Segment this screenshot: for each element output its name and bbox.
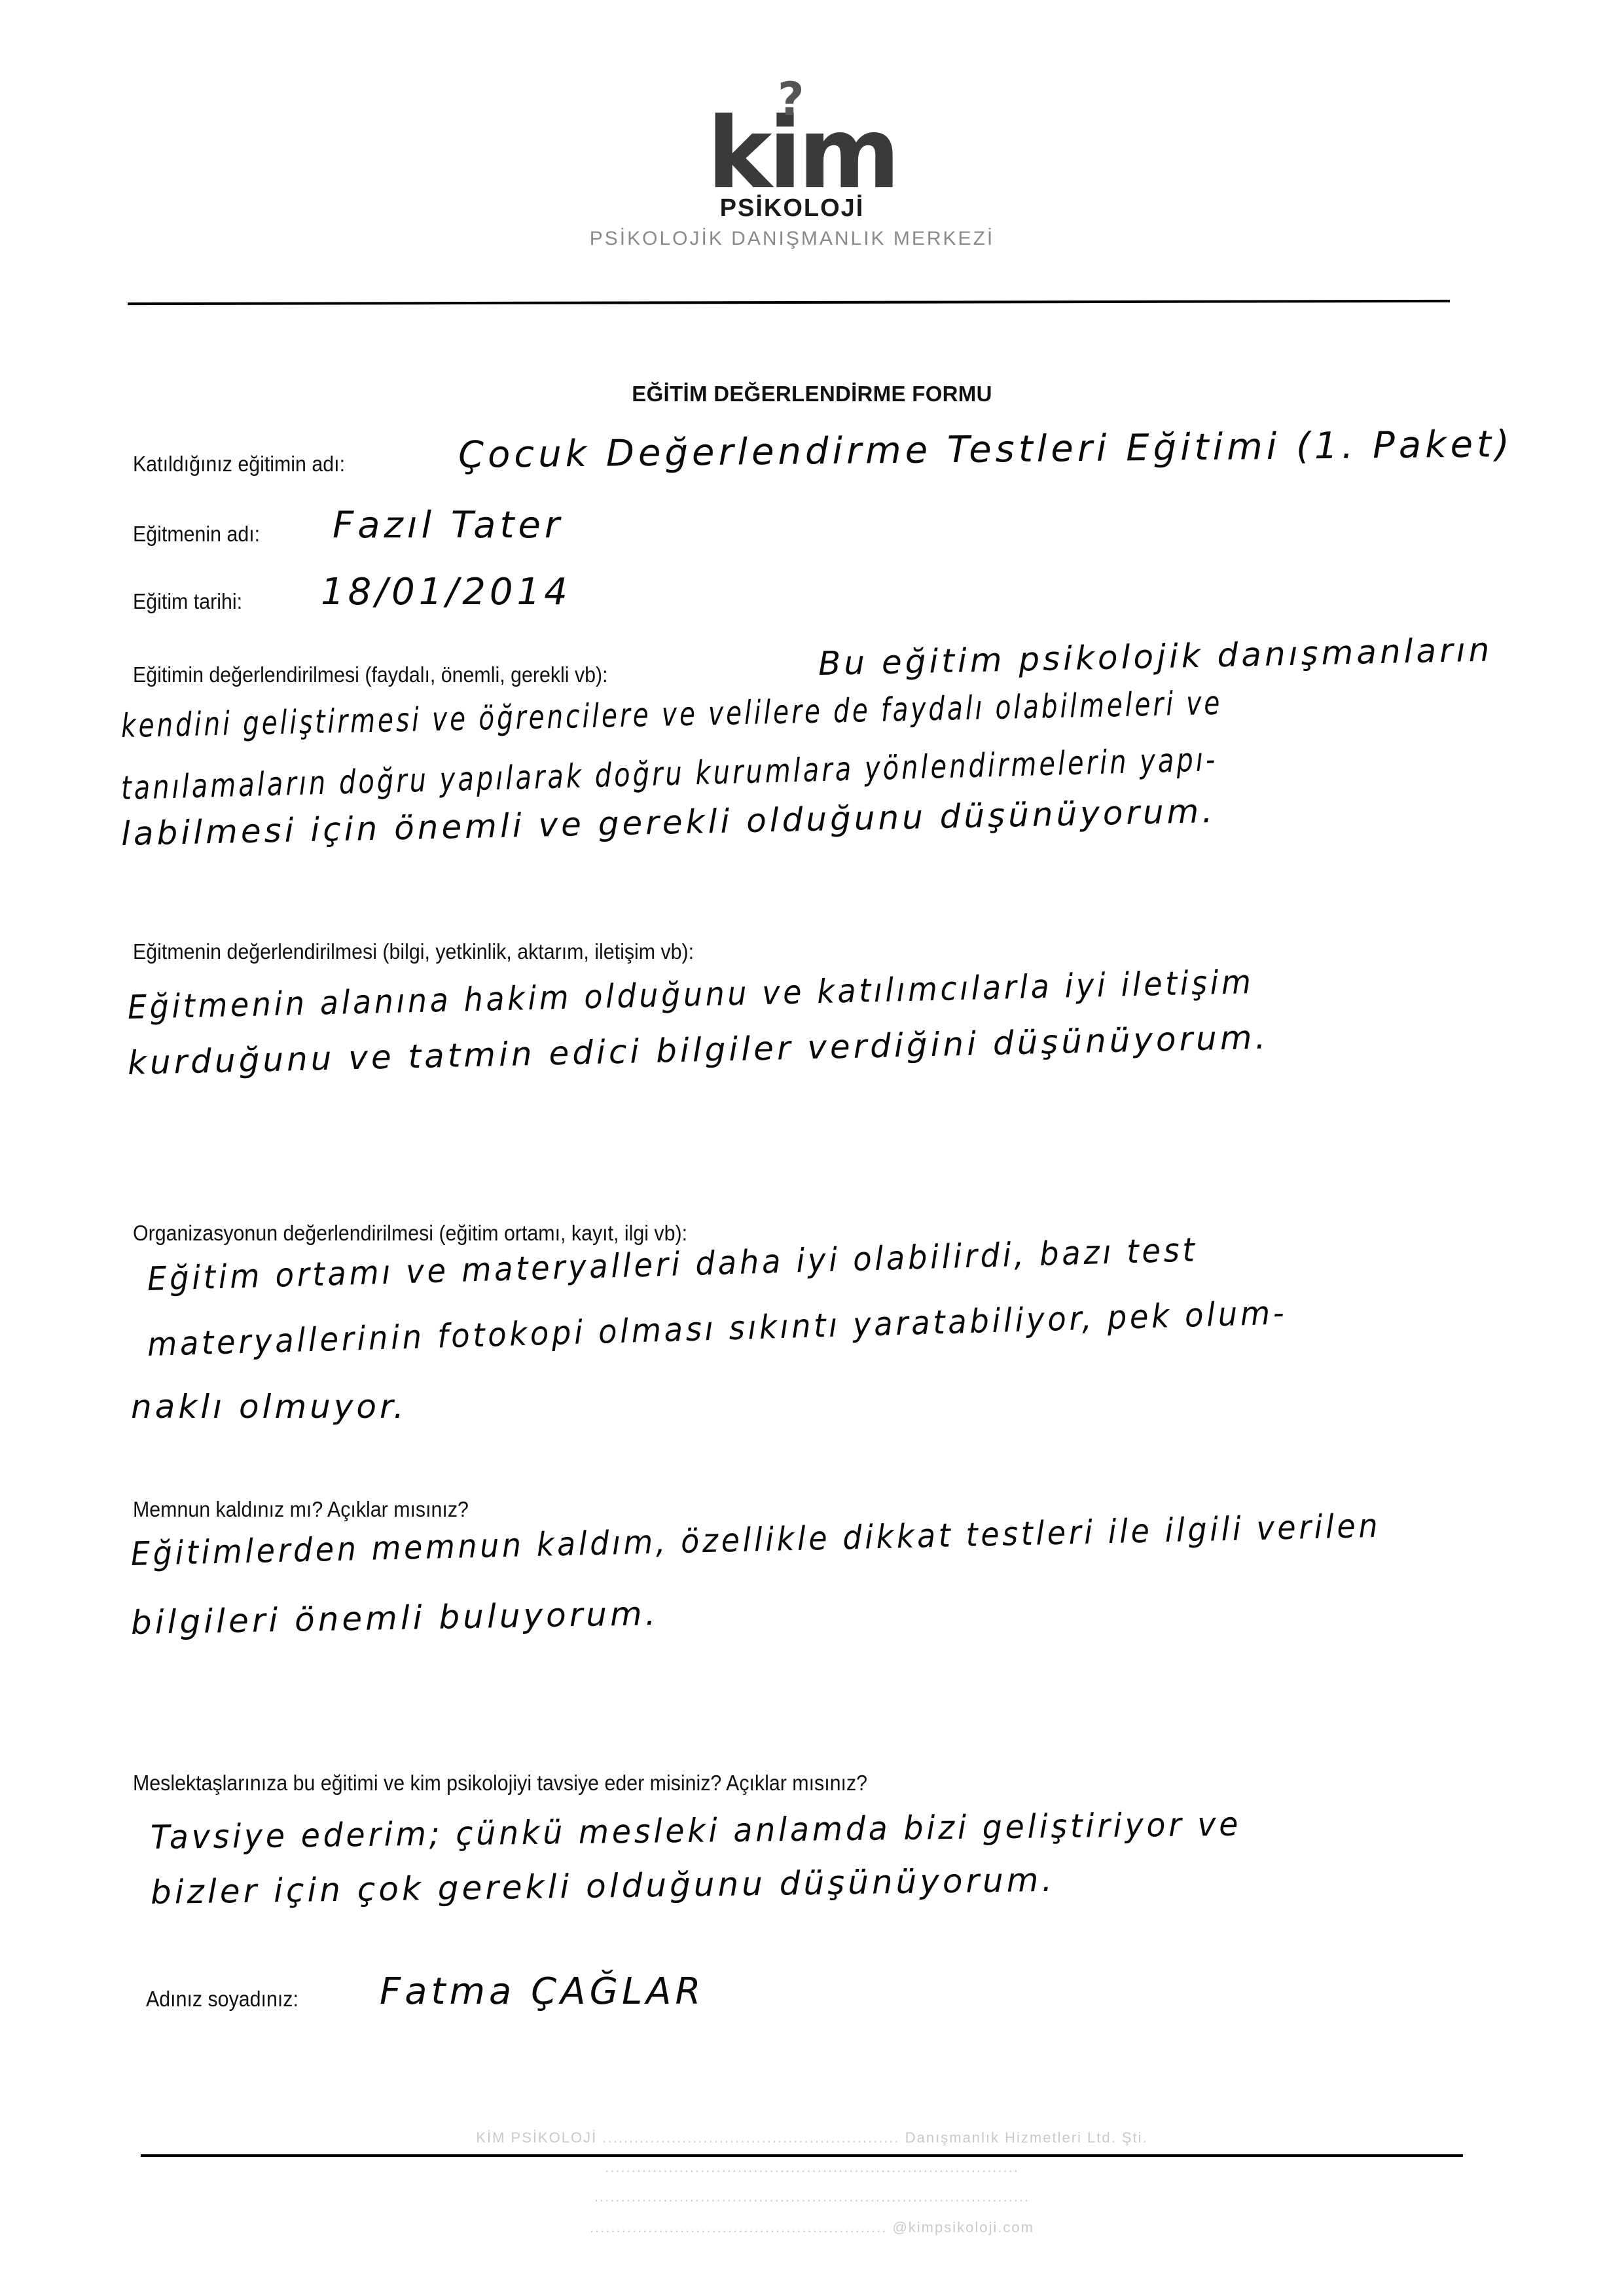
footer-divider xyxy=(141,2154,1463,2157)
full-name-label: Adınız soyadınız: xyxy=(146,1987,298,2012)
training-evaluation-answer-line[interactable]: kendini geliştirmesi ve öğrencilere ve v… xyxy=(120,684,1222,745)
footer-contact-line: ........................................… xyxy=(0,2188,1624,2205)
logo-mark: kim ? xyxy=(707,115,877,193)
recommendation-answer-line[interactable]: bizler için çok gerekli olduğunu düşünüy… xyxy=(151,1861,1056,1911)
footer-company-line: KİM PSİKOLOJİ ..........................… xyxy=(0,2129,1624,2146)
header-divider xyxy=(128,300,1450,305)
trainer-evaluation-answer-line[interactable]: kurduğunu ve tatmin edici bilgiler verdi… xyxy=(127,1018,1269,1082)
trainer-name-value[interactable]: Fazıl Tater xyxy=(333,504,564,547)
organization-evaluation-answer-line[interactable]: naklı olmuyor. xyxy=(131,1388,407,1426)
footer-address-line: ........................................… xyxy=(0,2159,1624,2176)
satisfaction-answer-line[interactable]: bilgileri önemli buluyorum. xyxy=(130,1595,659,1642)
satisfaction-label: Memnun kaldınız mı? Açıklar mısınız? xyxy=(133,1497,469,1522)
trainer-evaluation-label: Eğitmenin değerlendirilmesi (bilgi, yetk… xyxy=(133,939,694,964)
logo-wordmark: PSİKOLOJİ xyxy=(707,194,877,223)
full-name-value[interactable]: Fatma ÇAĞLAR xyxy=(380,1970,704,2013)
training-evaluation-answer-line[interactable]: Bu eğitim psikolojik danışmanların xyxy=(818,630,1492,683)
trainer-evaluation-answer-line[interactable]: Eğitmenin alanına hakim olduğunu ve katı… xyxy=(127,963,1254,1026)
recommendation-answer-line[interactable]: Tavsiye ederim; çünkü mesleki anlamda bi… xyxy=(151,1805,1242,1856)
recommendation-label: Meslektaşlarınıza bu eğitimi ve kim psik… xyxy=(133,1771,867,1796)
footer-web-line: ........................................… xyxy=(0,2219,1624,2236)
training-evaluation-label: Eğitimin değerlendirilmesi (faydalı, öne… xyxy=(133,662,608,687)
logo-subtitle: PSİKOLOJİK DANIŞMANLIK MERKEZİ xyxy=(511,228,1074,250)
training-date-label: Eğitim tarihi: xyxy=(133,589,242,614)
training-date-value[interactable]: 18/01/2014 xyxy=(321,571,571,613)
question-mark-icon: ? xyxy=(778,77,801,122)
logo-mark-text: kim xyxy=(707,97,896,211)
training-name-label: Katıldığınız eğitimin adı: xyxy=(133,452,345,477)
trainer-name-label: Eğitmenin adı: xyxy=(133,522,260,547)
organization-evaluation-label: Organizasyonun değerlendirilmesi (eğitim… xyxy=(133,1221,687,1246)
organization-evaluation-answer-line[interactable]: materyallerinin fotokopi olması sıkıntı … xyxy=(147,1293,1288,1364)
form-title: EĞİTİM DEĞERLENDİRME FORMU xyxy=(0,382,1624,407)
training-name-value[interactable]: Çocuk Değerlendirme Testleri Eğitimi (1.… xyxy=(458,423,1514,477)
